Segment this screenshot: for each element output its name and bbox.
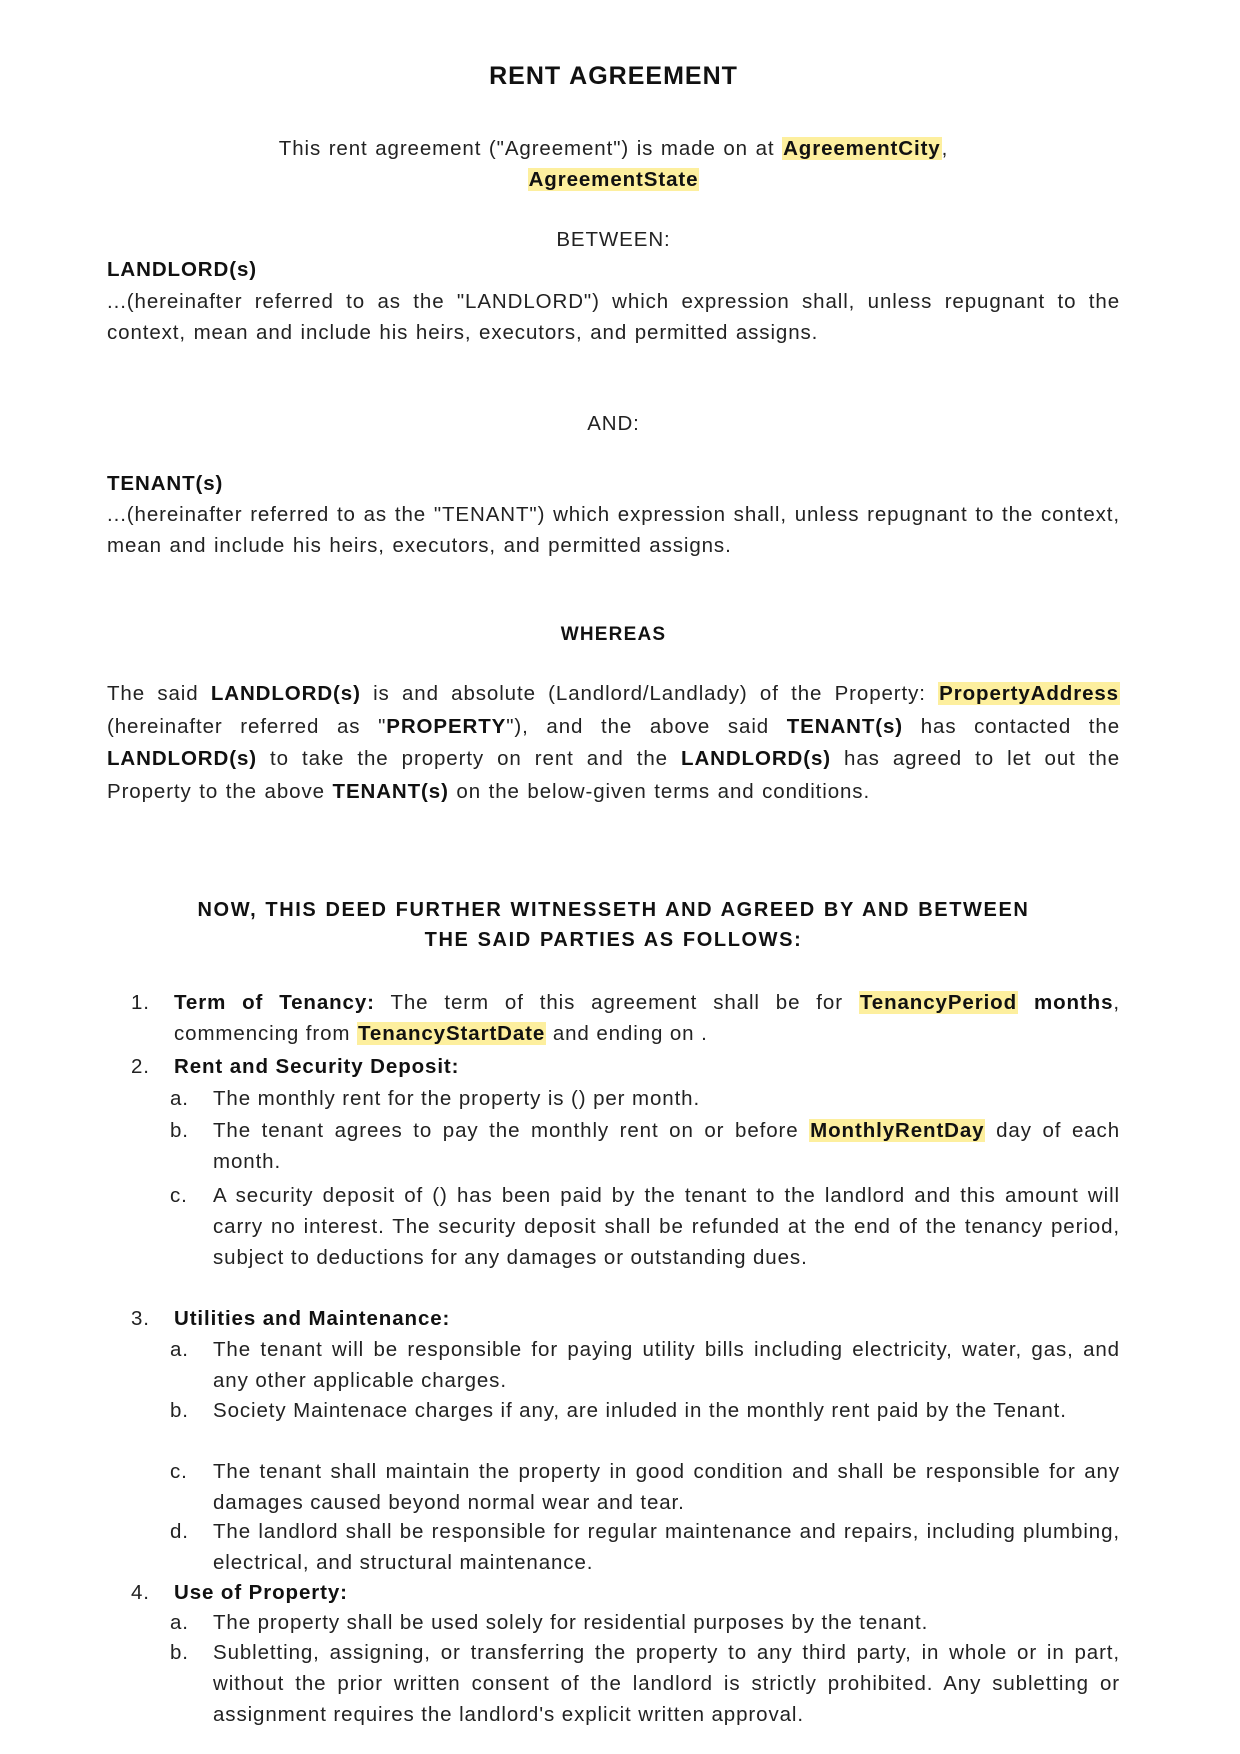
item-letter: b.: [170, 1395, 189, 1426]
item-text-part: The tenant agrees to pay the monthly ren…: [213, 1119, 809, 1142]
clause-number: 1.: [131, 987, 150, 1018]
clause-4: 4. Use of Property:: [107, 1577, 1120, 1608]
clause-4a: a. The property shall be used solely for…: [107, 1607, 1120, 1638]
property-address-field[interactable]: PropertyAddress: [938, 682, 1120, 705]
clause-2c: c. A security deposit of () has been pai…: [107, 1180, 1120, 1273]
and-label: AND:: [107, 412, 1120, 436]
tenant-description: ...(hereinafter referred to as the "TENA…: [107, 499, 1120, 561]
clause-title: Term of Tenancy:: [174, 991, 375, 1014]
landlord-heading: LANDLORD(s): [107, 258, 1120, 282]
clause-text-part: The term of this agreement shall be for: [375, 991, 859, 1014]
item-text: The tenant will be responsible for payin…: [213, 1334, 1120, 1396]
clause-3d: d. The landlord shall be responsible for…: [107, 1516, 1120, 1578]
now-heading: NOW, THIS DEED FURTHER WITNESSETH AND AG…: [107, 895, 1120, 955]
whereas-text: (hereinafter referred as ": [107, 715, 386, 738]
clause-title: Use of Property:: [174, 1577, 1120, 1608]
item-letter: a.: [170, 1334, 189, 1365]
tenant-heading: TENANT(s): [107, 472, 1120, 496]
clause-title: Utilities and Maintenance:: [174, 1303, 1120, 1334]
item-letter: b.: [170, 1115, 189, 1146]
tenant-ref: TENANT(s): [787, 715, 903, 738]
clause-number: 2.: [131, 1051, 150, 1082]
tenant-ref: TENANT(s): [333, 780, 449, 803]
whereas-text: to take the property on rent and the: [257, 747, 681, 770]
months-label: months: [1018, 991, 1113, 1014]
tenancy-period-field[interactable]: TenancyPeriod: [859, 991, 1018, 1014]
clause-number: 4.: [131, 1577, 150, 1608]
intro-paragraph: This rent agreement ("Agreement") is mad…: [107, 133, 1120, 195]
item-text: The tenant shall maintain the property i…: [213, 1456, 1120, 1518]
whereas-paragraph: The said LANDLORD(s) is and absolute (La…: [107, 678, 1120, 808]
clause-4b: b. Subletting, assigning, or transferrin…: [107, 1637, 1120, 1730]
now-heading-line1: NOW, THIS DEED FURTHER WITNESSETH AND AG…: [198, 899, 1030, 921]
item-letter: b.: [170, 1637, 189, 1668]
clause-2: 2. Rent and Security Deposit:: [107, 1051, 1120, 1082]
clause-3: 3. Utilities and Maintenance:: [107, 1303, 1120, 1334]
now-heading-line2: THE SAID PARTIES AS FOLLOWS:: [425, 929, 803, 951]
landlord-ref: LANDLORD(s): [107, 747, 257, 770]
item-letter: a.: [170, 1607, 189, 1638]
agreement-state-field[interactable]: AgreementState: [528, 168, 700, 191]
whereas-heading: WHEREAS: [107, 624, 1120, 646]
landlord-ref: LANDLORD(s): [211, 682, 361, 705]
clause-2b: b. The tenant agrees to pay the monthly …: [107, 1115, 1120, 1177]
landlord-description: ...(hereinafter referred to as the "LAND…: [107, 286, 1120, 348]
clause-text-part: and ending on .: [546, 1022, 707, 1045]
clause-3b: b. Society Maintenace charges if any, ar…: [107, 1395, 1120, 1426]
clause-text: Term of Tenancy: The term of this agreem…: [174, 987, 1120, 1049]
item-text: The property shall be used solely for re…: [213, 1607, 1120, 1638]
clause-2a: a. The monthly rent for the property is …: [107, 1083, 1120, 1114]
item-letter: c.: [170, 1456, 188, 1487]
item-text: Society Maintenace charges if any, are i…: [213, 1395, 1120, 1426]
whereas-text: is and absolute (Landlord/Landlady) of t…: [361, 682, 938, 705]
item-letter: c.: [170, 1180, 188, 1211]
agreement-city-field[interactable]: AgreementCity: [782, 137, 942, 160]
document-title: RENT AGREEMENT: [107, 62, 1120, 91]
property-ref: PROPERTY: [386, 715, 506, 738]
between-label: BETWEEN:: [107, 228, 1120, 252]
whereas-text: The said: [107, 682, 211, 705]
whereas-text: "), and the above said: [506, 715, 787, 738]
tenancy-start-date-field[interactable]: TenancyStartDate: [357, 1022, 546, 1045]
intro-text: This rent agreement ("Agreement") is mad…: [279, 137, 782, 160]
item-text: The tenant agrees to pay the monthly ren…: [213, 1115, 1120, 1177]
clause-title: Rent and Security Deposit:: [174, 1051, 1120, 1082]
item-text: Subletting, assigning, or transferring t…: [213, 1637, 1120, 1730]
monthly-rent-day-field[interactable]: MonthlyRentDay: [809, 1119, 985, 1142]
clause-3c: c. The tenant shall maintain the propert…: [107, 1456, 1120, 1518]
item-text: The landlord shall be responsible for re…: [213, 1516, 1120, 1578]
item-text: A security deposit of () has been paid b…: [213, 1180, 1120, 1273]
document-page: RENT AGREEMENT This rent agreement ("Agr…: [0, 0, 1240, 1754]
item-letter: a.: [170, 1083, 189, 1114]
landlord-ref: LANDLORD(s): [681, 747, 831, 770]
item-text: The monthly rent for the property is () …: [213, 1083, 1120, 1114]
item-letter: d.: [170, 1516, 189, 1547]
intro-comma: ,: [942, 137, 949, 160]
clause-1: 1. Term of Tenancy: The term of this agr…: [107, 987, 1120, 1049]
whereas-text: on the below-given terms and conditions.: [449, 780, 870, 803]
clause-number: 3.: [131, 1303, 150, 1334]
whereas-text: has contacted the: [903, 715, 1120, 738]
clause-3a: a. The tenant will be responsible for pa…: [107, 1334, 1120, 1396]
